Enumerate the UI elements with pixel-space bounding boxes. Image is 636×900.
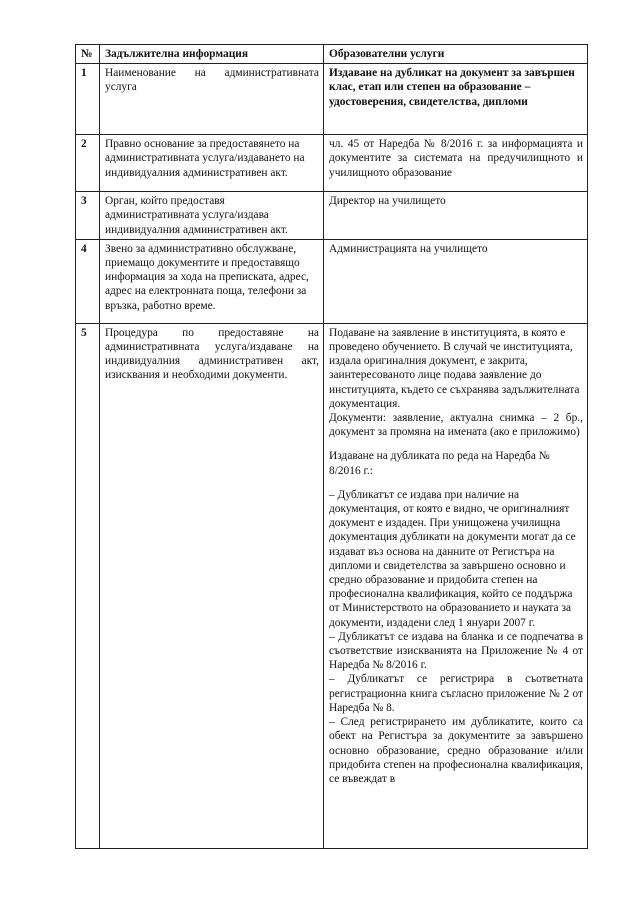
- table-row: 1 Наименование на административната услу…: [76, 64, 588, 135]
- row-value: чл. 45 от Наредба № 8/2016 г. за информа…: [324, 135, 588, 192]
- header-educational-services: Образователни услуги: [324, 45, 588, 64]
- procedure-heading: Издаване на дубликата по реда на Наредба…: [329, 449, 583, 477]
- row-number: 4: [76, 239, 100, 323]
- procedure-item: – Дубликатът се издава на бланка и се по…: [329, 630, 583, 673]
- procedure-item: – Дубликатът се регистрира в съответната…: [329, 672, 583, 715]
- service-info-table: № Задължителна информация Образователни …: [75, 44, 588, 849]
- row-value: Издаване на дубликат на документ за завъ…: [324, 64, 588, 135]
- document-page: № Задължителна информация Образователни …: [0, 0, 636, 900]
- row-value-procedure: Подаване на заявление в институцията, в …: [324, 323, 588, 848]
- row-number: 3: [76, 192, 100, 240]
- table-row: 4 Звено за административно обслужване, п…: [76, 239, 588, 323]
- row-label: Орган, който предоставя административнат…: [100, 192, 324, 240]
- row-number: 2: [76, 135, 100, 192]
- table-row: 2 Правно основание за предоставянето на …: [76, 135, 588, 192]
- table-header-row: № Задължителна информация Образователни …: [76, 45, 588, 64]
- row-value: Администрацията на училището: [324, 239, 588, 323]
- table-row: 5 Процедура по предоставяне на администр…: [76, 323, 588, 848]
- row-label: Звено за административно обслужване, при…: [100, 239, 324, 323]
- row-label: Правно основание за предоставянето на ад…: [100, 135, 324, 192]
- header-required-info: Задължителна информация: [100, 45, 324, 64]
- procedure-documents: Документи: заявление, актуална снимка – …: [329, 411, 583, 439]
- row-label: Процедура по предоставяне на администрат…: [100, 323, 324, 848]
- row-value: Директор на училището: [324, 192, 588, 240]
- header-number: №: [76, 45, 100, 64]
- table-row: 3 Орган, който предоставя административн…: [76, 192, 588, 240]
- procedure-item: – Дубликатът се издава при наличие на до…: [329, 488, 583, 630]
- procedure-paragraph: Подаване на заявление в институцията, в …: [329, 326, 583, 411]
- row-number: 5: [76, 323, 100, 848]
- row-label: Наименование на административната услуга: [100, 64, 324, 135]
- row-number: 1: [76, 64, 100, 135]
- procedure-item: – След регистрирането им дубликатите, ко…: [329, 715, 583, 786]
